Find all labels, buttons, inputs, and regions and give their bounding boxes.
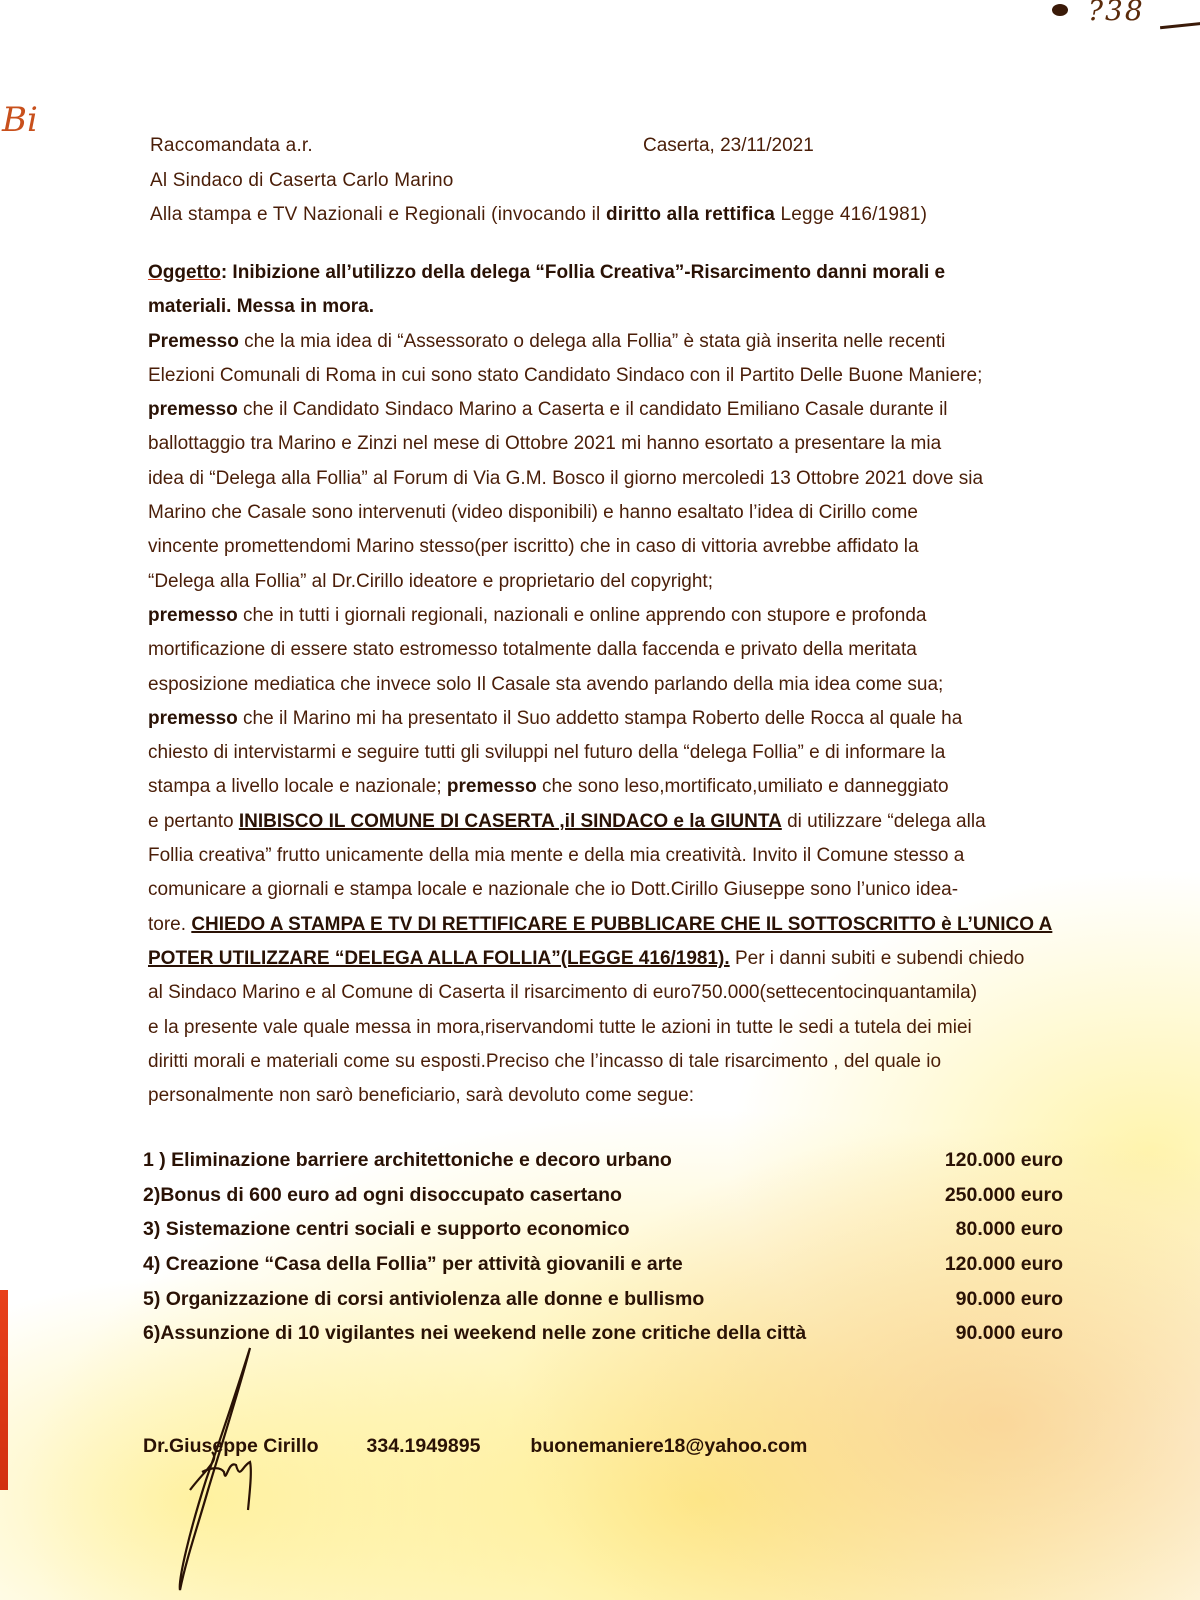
body-line: Premesso che la mia idea di “Assessorato… (148, 325, 1138, 359)
letter-body: Oggetto: Inibizione all’utilizzo della d… (148, 256, 1138, 1113)
allocation-amount: 90.000 euro (923, 1322, 1063, 1345)
allocation-label: 3) Sistemazione centri sociali e support… (143, 1218, 630, 1241)
body-text-segment: e la presente vale quale messa in mora,r… (148, 1017, 972, 1038)
body-line: Follia creativa” frutto unicamente della… (148, 839, 1138, 873)
body-text-segment: Marino che Casale sono intervenuti (vide… (148, 502, 918, 523)
allocation-row: 4) Creazione “Casa della Follia” per att… (143, 1247, 1063, 1282)
recipient-mayor: Al Sindaco di Caserta Carlo Marino (150, 170, 454, 192)
allocation-label: 1 ) Eliminazione barriere architettonich… (143, 1149, 672, 1172)
body-line: Marino che Casale sono intervenuti (vide… (148, 496, 1138, 530)
recipient-press-suffix: Legge 416/1981) (775, 204, 927, 225)
body-line: diritti morali e materiali come su espos… (148, 1045, 1138, 1079)
allocation-label: 4) Creazione “Casa della Follia” per att… (143, 1253, 683, 1276)
subject-text-1: : Inibizione all’utilizzo della delega “… (221, 262, 945, 283)
body-text-segment: che la mia idea di “Assessorato o delega… (239, 331, 946, 352)
body-line: stampa a livello locale e nazionale; pre… (148, 770, 1138, 804)
body-text-segment: che sono leso,mortificato,umiliato e dan… (537, 776, 949, 797)
allocation-label: 2)Bonus di 600 euro ad ogni disoccupato … (143, 1184, 622, 1207)
body-line: e la presente vale quale messa in mora,r… (148, 1011, 1138, 1045)
body-text-segment: stampa a livello locale e nazionale; (148, 776, 447, 797)
recipient-press-bold: diritto alla rettifica (606, 204, 775, 225)
body-text-segment: Elezioni Comunali di Roma in cui sono st… (148, 365, 982, 386)
body-line: premesso che in tutti i giornali regiona… (148, 599, 1138, 633)
underlined-emphasis: CHIEDO A STAMPA E TV DI RETTIFICARE E PU… (191, 914, 1052, 935)
underlined-emphasis: POTER UTILIZZARE “DELEGA ALLA FOLLIA”(LE… (148, 948, 730, 969)
allocation-row: 5) Organizzazione di corsi antiviolenza … (143, 1282, 1063, 1317)
body-text-segment: comunicare a giornali e stampa locale e … (148, 879, 958, 900)
body-text-segment: vincente promettendomi Marino stesso(per… (148, 536, 919, 557)
allocation-row: 2)Bonus di 600 euro ad ogni disoccupato … (143, 1178, 1063, 1213)
underlined-emphasis: INIBISCO IL COMUNE DI CASERTA ,il SINDAC… (239, 811, 782, 832)
body-line: “Delega alla Follia” al Dr.Cirillo ideat… (148, 565, 1138, 599)
bold-term: premesso (447, 776, 537, 797)
red-edge-strip (0, 1290, 8, 1490)
body-text-segment: di utilizzare “delega alla (782, 811, 986, 832)
subject-label: Oggetto (148, 262, 221, 283)
body-text-segment: personalmente non sarò beneficiario, sar… (148, 1085, 694, 1106)
body-line: chiesto di intervistarmi e seguire tutti… (148, 736, 1138, 770)
bold-term: premesso (148, 605, 238, 626)
signer-name: Dr.Giuseppe Cirillo (143, 1435, 319, 1458)
recipient-press: Alla stampa e TV Nazionali e Regionali (… (150, 204, 927, 226)
handwritten-signature (150, 1340, 290, 1600)
handwritten-mark-top-left: Bi (2, 100, 38, 140)
body-text-segment: chiesto di intervistarmi e seguire tutti… (148, 742, 945, 763)
body-text-segment: al Sindaco Marino e al Comune di Caserta… (148, 982, 977, 1003)
body-line: mortificazione di essere stato estromess… (148, 633, 1138, 667)
body-text-segment: che il Candidato Sindaco Marino a Casert… (238, 399, 948, 420)
allocation-amount: 80.000 euro (923, 1218, 1063, 1241)
bold-term: Premesso (148, 331, 239, 352)
bold-term: premesso (148, 399, 238, 420)
body-text-segment: diritti morali e materiali come su espos… (148, 1051, 941, 1072)
body-text-segment: ballottaggio tra Marino e Zinzi nel mese… (148, 433, 941, 454)
body-text-segment: “Delega alla Follia” al Dr.Cirillo ideat… (148, 571, 713, 592)
body-line: comunicare a giornali e stampa locale e … (148, 873, 1138, 907)
body-text-segment: che in tutti i giornali regionali, nazio… (238, 605, 927, 626)
delivery-method: Raccomandata a.r. (150, 135, 313, 157)
allocation-amount: 90.000 euro (923, 1288, 1063, 1311)
body-text-segment: esposizione mediatica che invece solo Il… (148, 674, 943, 695)
body-paragraph: Premesso che la mia idea di “Assessorato… (148, 325, 1138, 1114)
bold-term: premesso (148, 708, 238, 729)
signer-email: buonemaniere18@yahoo.com (530, 1435, 807, 1458)
body-line: al Sindaco Marino e al Comune di Caserta… (148, 976, 1138, 1010)
handwritten-mark-top-right: ?38 (1088, 0, 1145, 27)
allocation-row: 3) Sistemazione centri sociali e support… (143, 1212, 1063, 1247)
body-line: Elezioni Comunali di Roma in cui sono st… (148, 359, 1138, 393)
ink-blot (1052, 4, 1068, 16)
body-line: tore. CHIEDO A STAMPA E TV DI RETTIFICAR… (148, 908, 1138, 942)
recipient-press-prefix: Alla stampa e TV Nazionali e Regionali (… (150, 204, 606, 225)
allocation-label: 5) Organizzazione di corsi antiviolenza … (143, 1288, 704, 1311)
body-text-segment: Follia creativa” frutto unicamente della… (148, 845, 964, 866)
body-text-segment: tore. (148, 914, 191, 935)
body-line: premesso che il Marino mi ha presentato … (148, 702, 1138, 736)
body-text-segment: e pertanto (148, 811, 239, 832)
allocation-row: 1 ) Eliminazione barriere architettonich… (143, 1143, 1063, 1178)
allocation-list: 1 ) Eliminazione barriere architettonich… (143, 1143, 1063, 1351)
body-line: vincente promettendomi Marino stesso(per… (148, 530, 1138, 564)
subject-line-2: materiali. Messa in mora. (148, 290, 1138, 324)
body-line: premesso che il Candidato Sindaco Marino… (148, 393, 1138, 427)
body-text-segment: che il Marino mi ha presentato il Suo ad… (238, 708, 963, 729)
body-line: POTER UTILIZZARE “DELEGA ALLA FOLLIA”(LE… (148, 942, 1138, 976)
allocation-amount: 250.000 euro (923, 1184, 1063, 1207)
body-text-segment: mortificazione di essere stato estromess… (148, 639, 917, 660)
body-text-segment: idea di “Delega alla Follia” al Forum di… (148, 468, 983, 489)
signer-phone: 334.1949895 (367, 1435, 481, 1458)
body-text-segment: Per i danni subiti e subendi chiedo (730, 948, 1025, 969)
body-line: ballottaggio tra Marino e Zinzi nel mese… (148, 427, 1138, 461)
allocation-amount: 120.000 euro (923, 1253, 1063, 1276)
body-line: personalmente non sarò beneficiario, sar… (148, 1079, 1138, 1113)
body-line: esposizione mediatica che invece solo Il… (148, 668, 1138, 702)
signature-block: Dr.Giuseppe Cirillo 334.1949895 buoneman… (143, 1435, 807, 1458)
body-line: e pertanto INIBISCO IL COMUNE DI CASERTA… (148, 805, 1138, 839)
handwritten-number: ?38 (1088, 0, 1145, 27)
allocation-amount: 120.000 euro (923, 1149, 1063, 1172)
subject-line-1: Oggetto: Inibizione all’utilizzo della d… (148, 256, 1138, 290)
body-line: idea di “Delega alla Follia” al Forum di… (148, 462, 1138, 496)
place-date: Caserta, 23/11/2021 (643, 135, 814, 157)
